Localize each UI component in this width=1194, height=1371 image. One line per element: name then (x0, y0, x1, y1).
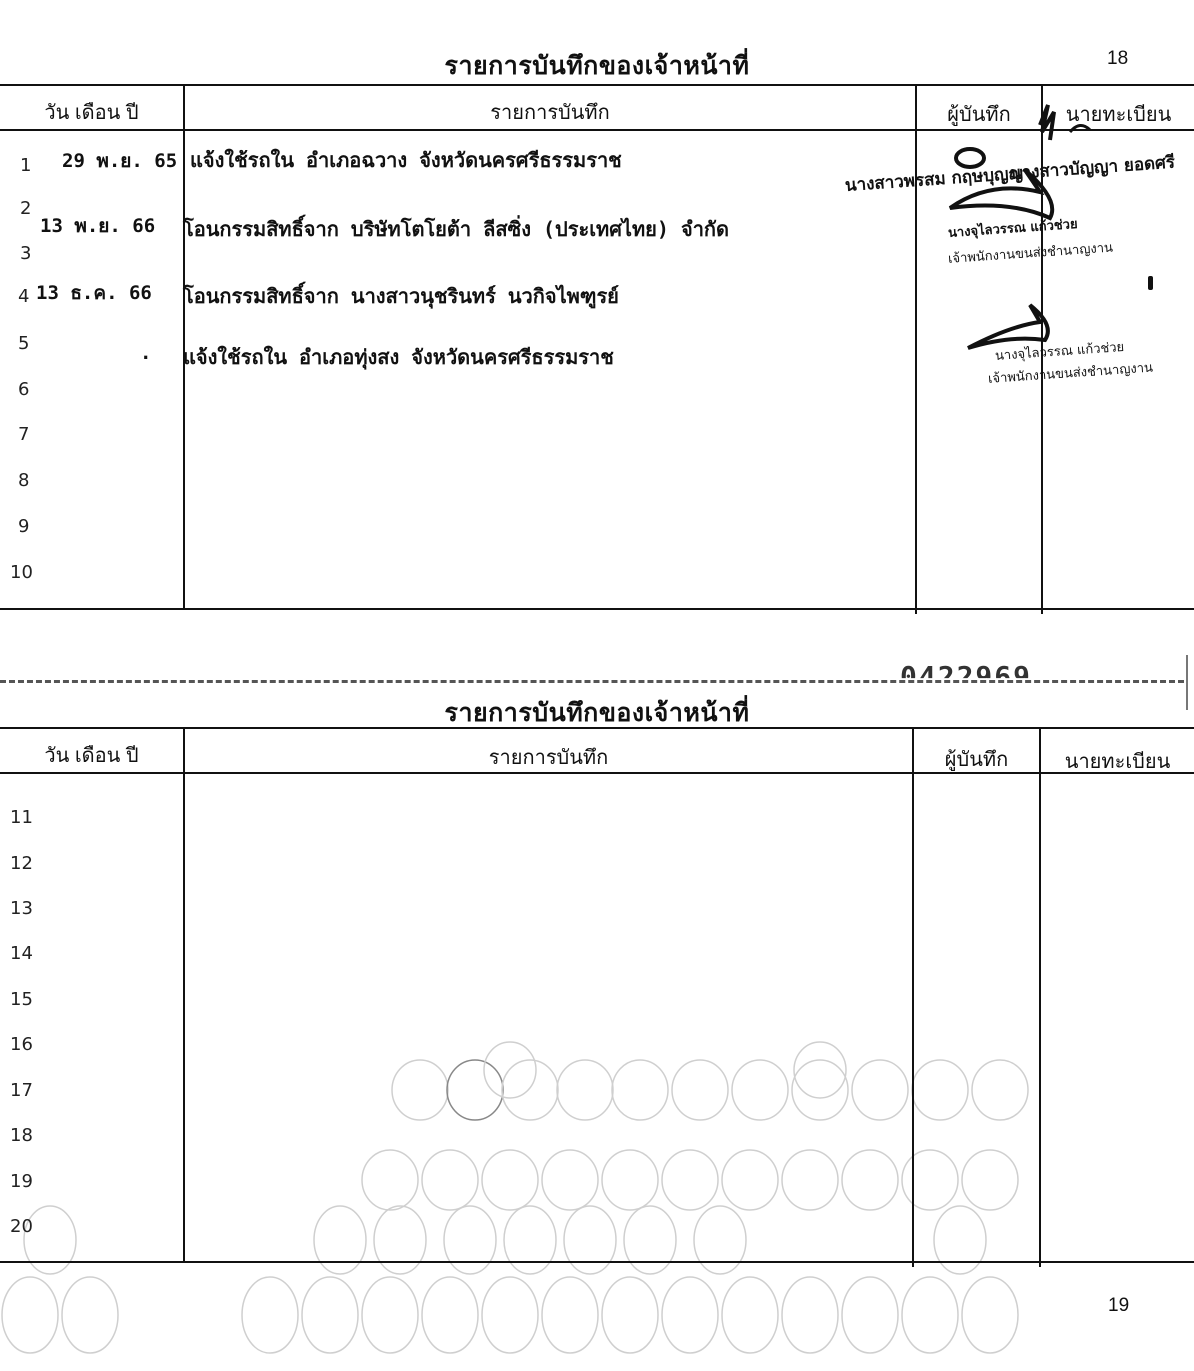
row-number: 18 (10, 1125, 33, 1146)
page-number: 19 (1108, 1295, 1129, 1317)
row-number: 20 (10, 1216, 33, 1237)
row-number: 9 (18, 516, 29, 537)
row-number: 8 (18, 470, 29, 491)
page-title: รายการบันทึกของเจ้าหน้าที่ (0, 46, 1194, 86)
table-bottom-border (0, 608, 1194, 610)
column-divider (912, 727, 914, 1267)
row-date: 13 ธ.ค. 66 (36, 278, 152, 308)
row-entry: แจ้งใช้รถใน อำเภอทุ่งสง จังหวัดนครศรีธรร… (183, 341, 614, 373)
header-entry: รายการบันทึก (185, 96, 915, 128)
row-number: 16 (10, 1034, 33, 1055)
row-number: 14 (10, 943, 33, 964)
header-registrar: นายทะเบียน (1041, 745, 1194, 777)
header-date: วัน เดือน ปี (0, 96, 183, 128)
column-divider (1039, 727, 1041, 1267)
table-bottom-border (0, 1261, 1194, 1263)
row-entry: โอนกรรมสิทธิ์จาก นางสาวนุชรินทร์ นวกิจไพ… (183, 280, 619, 312)
table-top-border (0, 84, 1194, 86)
row-number: 12 (10, 853, 33, 874)
row-number: 2 (20, 198, 31, 219)
row-entry: โอนกรรมสิทธิ์จาก บริษัทโตโยต้า ลีสซิ่ง (… (183, 213, 729, 245)
row-number: 5 (18, 333, 29, 354)
header-entry: รายการบันทึก (185, 741, 912, 773)
row-number: 10 (10, 562, 33, 583)
page-18: รายการบันทึกของเจ้าหน้าที่ 18 วัน เดือน … (0, 0, 1194, 620)
row-date: . (140, 342, 151, 364)
row-number: 4 (18, 286, 29, 307)
row-number: 6 (18, 379, 29, 400)
row-number: 7 (18, 424, 29, 445)
table-top-border (0, 727, 1194, 729)
column-divider (183, 727, 185, 1263)
row-number: 17 (10, 1080, 33, 1101)
row-number: 1 (20, 155, 31, 176)
handwritten-signature-icon (930, 100, 1130, 360)
header-recorder: ผู้บันทึก (914, 743, 1039, 775)
column-divider (915, 84, 917, 614)
row-number: 15 (10, 989, 33, 1010)
row-number: 3 (20, 243, 31, 264)
page-number: 18 (1107, 48, 1128, 70)
row-number: 11 (10, 807, 33, 828)
row-number: 19 (10, 1171, 33, 1192)
ink-mark (1148, 276, 1153, 290)
row-entry: แจ้งใช้รถใน อำเภอฉวาง จังหวัดนครศรีธรรมร… (190, 144, 622, 176)
row-date: 29 พ.ย. 65 (62, 146, 177, 176)
header-date: วัน เดือน ปี (0, 739, 183, 771)
row-date: 13 พ.ย. 66 (40, 211, 155, 241)
page-19: รายการบันทึกของเจ้าหน้าที่ วัน เดือน ปี … (0, 655, 1194, 1371)
row-number: 13 (10, 898, 33, 919)
